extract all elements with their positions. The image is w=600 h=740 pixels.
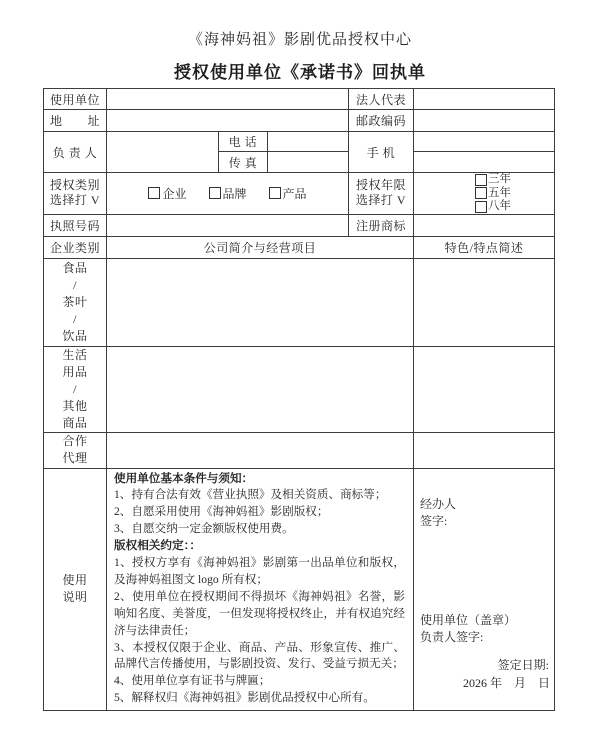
document-subtitle: 《海神妈祖》影剧优品授权中心 (0, 28, 600, 49)
auth-type-options-cell: 企业 品牌 产品 (107, 173, 349, 215)
license-no-label: 执照号码 (44, 214, 107, 236)
category-food-line: / (47, 277, 103, 294)
auth-years-options-cell: 三年 五年 八年 (414, 173, 555, 215)
notes-item: 5、解释权归《海神妈祖》影剧优品授权中心所有。 (114, 690, 405, 707)
mobile-field-2[interactable] (414, 152, 555, 173)
checkbox-icon (148, 187, 160, 199)
sign-date-value: 2026 年 月 日 (463, 675, 550, 692)
auth-type-label: 授权类别 选择打 V (44, 173, 107, 215)
checkbox-3-years[interactable]: 三年 (475, 173, 551, 187)
notes-item: 1、授权方享有《海神妈祖》影剧第一出品单位和版权，及海神妈祖图文 logo 所有… (114, 555, 405, 589)
checkbox-product-label: 产品 (283, 185, 307, 202)
manager-label: 负 责 人 (44, 132, 107, 173)
checkbox-icon (269, 187, 281, 199)
intro-daily-field[interactable] (107, 346, 414, 432)
notes-heading-conditions: 使用单位基本条件与须知： (114, 472, 253, 485)
notes-heading-copyright: 版权相关约定：： (114, 539, 201, 552)
phone-label: 电 话 (219, 132, 268, 152)
auth-years-label-line1: 授权年限 (352, 178, 410, 193)
checkbox-8-years-label: 八年 (488, 200, 511, 214)
intro-agency-field[interactable] (107, 432, 414, 468)
category-food-label: 食品 / 茶叶 / 饮品 (44, 258, 107, 346)
category-header: 企业类别 (44, 236, 107, 258)
row-auth-type: 授权类别 选择打 V 企业 品牌 产品 授权年限 选择打 V (44, 173, 555, 215)
category-agency-line: 代理 (47, 450, 103, 467)
fax-label: 传 真 (219, 152, 268, 173)
auth-years-label: 授权年限 选择打 V (349, 173, 414, 215)
license-no-field[interactable] (107, 214, 349, 236)
company-intro-header: 公司简介与经营项目 (107, 236, 414, 258)
intro-food-field[interactable] (107, 258, 414, 346)
document-title: 授权使用单位《承诺书》回执单 (0, 58, 600, 83)
category-daily-line: / (47, 381, 103, 398)
mobile-field-1[interactable] (414, 132, 555, 152)
row-company: 使用单位 法人代表 (44, 89, 555, 110)
checkbox-enterprise-label: 企业 (162, 185, 186, 202)
feature-daily-field[interactable] (414, 346, 555, 432)
phone-field[interactable] (268, 132, 349, 152)
category-daily-line: 生活 (47, 347, 103, 364)
feature-agency-field[interactable] (414, 432, 555, 468)
company-name-label: 使用单位 (44, 89, 107, 110)
usage-notes-label: 使用 说明 (44, 468, 107, 710)
category-food-line: 茶叶 (47, 294, 103, 311)
postcode-field[interactable] (414, 110, 555, 132)
sign-date-label: 签定日期: (498, 657, 549, 674)
row-manager-phone: 负 责 人 电 话 手 机 (44, 132, 555, 152)
auth-type-label-line2: 选择打 V (47, 193, 103, 208)
unit-sign-label: 负责人签字: (420, 629, 516, 646)
trademark-field[interactable] (414, 214, 555, 236)
checkbox-brand[interactable]: 品牌 (209, 185, 247, 202)
auth-type-label-line1: 授权类别 (47, 178, 103, 193)
authorization-form-table: 使用单位 法人代表 地 址 邮政编码 负 责 人 电 话 手 机 传 真 授权类… (43, 88, 555, 711)
notes-item: 3、本授权仅限于企业、商品、产品、形象宣传、推广、品牌代言传播使用，与影剧投资、… (114, 640, 405, 674)
checkbox-5-years[interactable]: 五年 (475, 187, 551, 201)
category-daily-label: 生活 用品 / 其他 商品 (44, 346, 107, 432)
trademark-label: 注册商标 (349, 214, 414, 236)
legal-rep-field[interactable] (414, 89, 555, 110)
fax-field[interactable] (268, 152, 349, 173)
feature-header: 特色/特点简述 (414, 236, 555, 258)
checkbox-icon (475, 201, 487, 213)
row-category-agency: 合作 代理 (44, 432, 555, 468)
address-label: 地 址 (44, 110, 107, 132)
category-food-line: / (47, 311, 103, 328)
manager-field[interactable] (107, 132, 219, 173)
usage-notes-text: 使用单位基本条件与须知： 1、持有合法有效《营业执照》及相关资质、商标等； 2、… (107, 468, 414, 710)
usage-label-line: 说明 (47, 589, 103, 606)
operator-label: 经办人 (420, 496, 456, 513)
row-category-food: 食品 / 茶叶 / 饮品 (44, 258, 555, 346)
row-address: 地 址 邮政编码 (44, 110, 555, 132)
postcode-label: 邮政编码 (349, 110, 414, 132)
operator-signature-block: 经办人 签字: (420, 496, 456, 530)
checkbox-product[interactable]: 产品 (269, 185, 307, 202)
checkbox-brand-label: 品牌 (223, 185, 247, 202)
notes-item: 1、持有合法有效《营业执照》及相关资质、商标等； (114, 487, 405, 504)
checkbox-8-years[interactable]: 八年 (475, 200, 551, 214)
auth-years-label-line2: 选择打 V (352, 193, 410, 208)
notes-item: 4、使用单位享有证书与牌匾； (114, 673, 405, 690)
notes-item: 2、使用单位在授权期间不得损坏《海神妈祖》名誉，影响知名度、美誉度，一但发现将授… (114, 589, 405, 640)
category-food-line: 食品 (47, 260, 103, 277)
checkbox-3-years-label: 三年 (488, 173, 511, 187)
checkbox-5-years-label: 五年 (488, 187, 511, 201)
category-daily-line: 其他 (47, 398, 103, 415)
category-daily-line: 用品 (47, 364, 103, 381)
notes-item: 3、自愿交纳一定金额版权使用费。 (114, 521, 405, 538)
category-daily-line: 商品 (47, 415, 103, 432)
notes-item: 2、自愿采用使用《海神妈祖》影剧版权； (114, 504, 405, 521)
checkbox-icon (475, 187, 487, 199)
usage-label-line: 使用 (47, 572, 103, 589)
row-usage-notes: 使用 说明 使用单位基本条件与须知： 1、持有合法有效《营业执照》及相关资质、商… (44, 468, 555, 710)
unit-signature-block: 使用单位（盖章） 负责人签字: (420, 612, 516, 646)
row-license: 执照号码 注册商标 (44, 214, 555, 236)
company-name-field[interactable] (107, 89, 349, 110)
checkbox-icon (475, 174, 487, 186)
legal-rep-label: 法人代表 (349, 89, 414, 110)
signature-cell[interactable]: 经办人 签字: 使用单位（盖章） 负责人签字: 签定日期: 2026 年 月 日 (414, 468, 555, 710)
unit-seal-label: 使用单位（盖章） (420, 612, 516, 629)
category-agency-label: 合作 代理 (44, 432, 107, 468)
feature-food-field[interactable] (414, 258, 555, 346)
checkbox-enterprise[interactable]: 企业 (148, 185, 186, 202)
category-food-line: 饮品 (47, 328, 103, 345)
row-section-headers: 企业类别 公司简介与经营项目 特色/特点简述 (44, 236, 555, 258)
checkbox-icon (209, 187, 221, 199)
category-agency-line: 合作 (47, 433, 103, 450)
row-category-daily: 生活 用品 / 其他 商品 (44, 346, 555, 432)
mobile-label: 手 机 (349, 132, 414, 173)
operator-sign-label: 签字: (420, 513, 456, 530)
address-field[interactable] (107, 110, 349, 132)
